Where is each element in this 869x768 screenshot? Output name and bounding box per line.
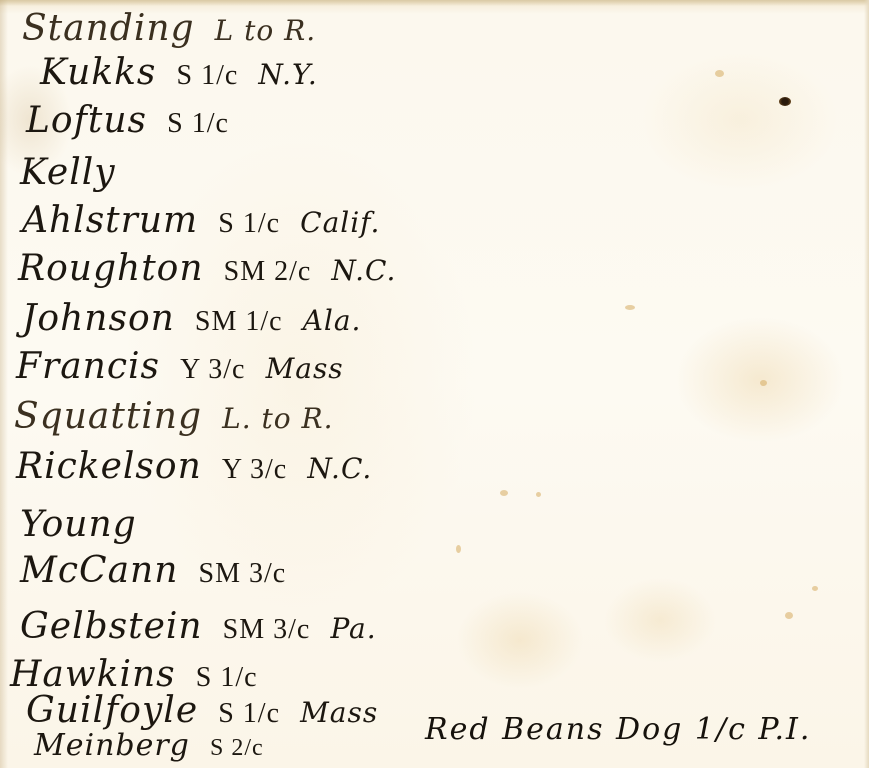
- roster-entry: Young: [20, 504, 137, 545]
- entry-name: McCann: [20, 550, 178, 591]
- entry-rate: S 1/c: [167, 108, 229, 139]
- roster-entry: Guilfoyle S 1/c Mass: [26, 690, 378, 731]
- entry-state: N.Y.: [258, 58, 317, 91]
- roster-entry: Meinberg S 2/c: [34, 728, 264, 763]
- entry-state: N.C.: [307, 452, 372, 485]
- roster-entry: Rickelson Y 3/c N.C.: [16, 446, 372, 487]
- entry-name: Rickelson: [16, 446, 202, 487]
- heading-label: Squatting: [14, 396, 202, 437]
- roster-entry: Ahlstrum S 1/c Calif.: [22, 200, 380, 241]
- entry-state: Ala.: [303, 304, 362, 337]
- entry-rate: S 1/c: [218, 698, 280, 729]
- entry-rate: SM 1/c: [195, 306, 283, 337]
- heading-note: L to R.: [215, 14, 317, 47]
- foxing-stain: [760, 380, 767, 386]
- entry-name: Hawkins: [10, 654, 176, 695]
- paper-right-edge: [864, 0, 869, 768]
- entry-name: Guilfoyle: [26, 690, 198, 731]
- entry-rate: Y 3/c: [180, 354, 245, 385]
- entry-name: Roughton: [18, 248, 204, 289]
- paper-top-edge: [0, 0, 869, 6]
- foxing-stain: [500, 490, 508, 496]
- foxing-stain: [536, 492, 541, 497]
- roster-entry: McCann SM 3/c: [20, 550, 286, 591]
- heading-label: Standing: [22, 8, 195, 49]
- foxing-stain: [715, 70, 724, 77]
- entry-name: Johnson: [22, 298, 175, 339]
- foxing-stain: [456, 545, 461, 553]
- roster-entry: Loftus S 1/c: [26, 100, 229, 141]
- roster-entry: Roughton SM 2/c N.C.: [18, 248, 396, 289]
- roster-entry: Gelbstein SM 3/c Pa.: [20, 606, 377, 647]
- entry-state: N.C.: [331, 254, 396, 287]
- entry-state: Mass: [300, 696, 378, 729]
- foxing-stain: [785, 612, 793, 619]
- heading-standing: Standing L to R.: [22, 8, 316, 49]
- entry-rate: Y 3/c: [222, 454, 287, 485]
- entry-name: Francis: [16, 346, 160, 387]
- foxing-stain: [812, 586, 818, 591]
- heading-note: L. to R.: [222, 402, 333, 435]
- ink-blot: [779, 97, 791, 106]
- entry-name: Gelbstein: [20, 606, 203, 647]
- roster-entry: Hawkins S 1/c: [10, 654, 258, 695]
- entry-name: Loftus: [26, 100, 147, 141]
- entry-name: Meinberg: [34, 728, 190, 763]
- foxing-stain: [625, 305, 635, 310]
- entry-rate: SM 2/c: [224, 256, 312, 287]
- paper-left-edge: [0, 0, 8, 768]
- roster-entry: Francis Y 3/c Mass: [16, 346, 344, 387]
- entry-state: Pa.: [330, 612, 376, 645]
- footer-annotation: Red Beans Dog 1/c P.I.: [425, 712, 811, 747]
- handwritten-card: Standing L to R. Kukks S 1/c N.Y. Loftus…: [0, 0, 869, 768]
- entry-rate: S 2/c: [210, 735, 264, 761]
- roster-entry: Kukks S 1/c N.Y.: [40, 52, 318, 93]
- entry-rate: SM 3/c: [199, 558, 287, 589]
- entry-name: Kukks: [40, 52, 156, 93]
- entry-name: Kelly: [20, 152, 116, 193]
- roster-entry: Kelly: [20, 152, 116, 193]
- entry-state: Mass: [266, 352, 344, 385]
- entry-rate: S 1/c: [177, 60, 239, 91]
- roster-entry: Johnson SM 1/c Ala.: [22, 298, 361, 339]
- entry-rate: SM 3/c: [223, 614, 311, 645]
- entry-name: Ahlstrum: [22, 200, 198, 241]
- entry-rate: S 1/c: [218, 208, 280, 239]
- entry-name: Young: [20, 504, 137, 545]
- heading-squatting: Squatting L. to R.: [14, 396, 334, 437]
- entry-state: Calif.: [300, 206, 380, 239]
- entry-rate: S 1/c: [196, 662, 258, 693]
